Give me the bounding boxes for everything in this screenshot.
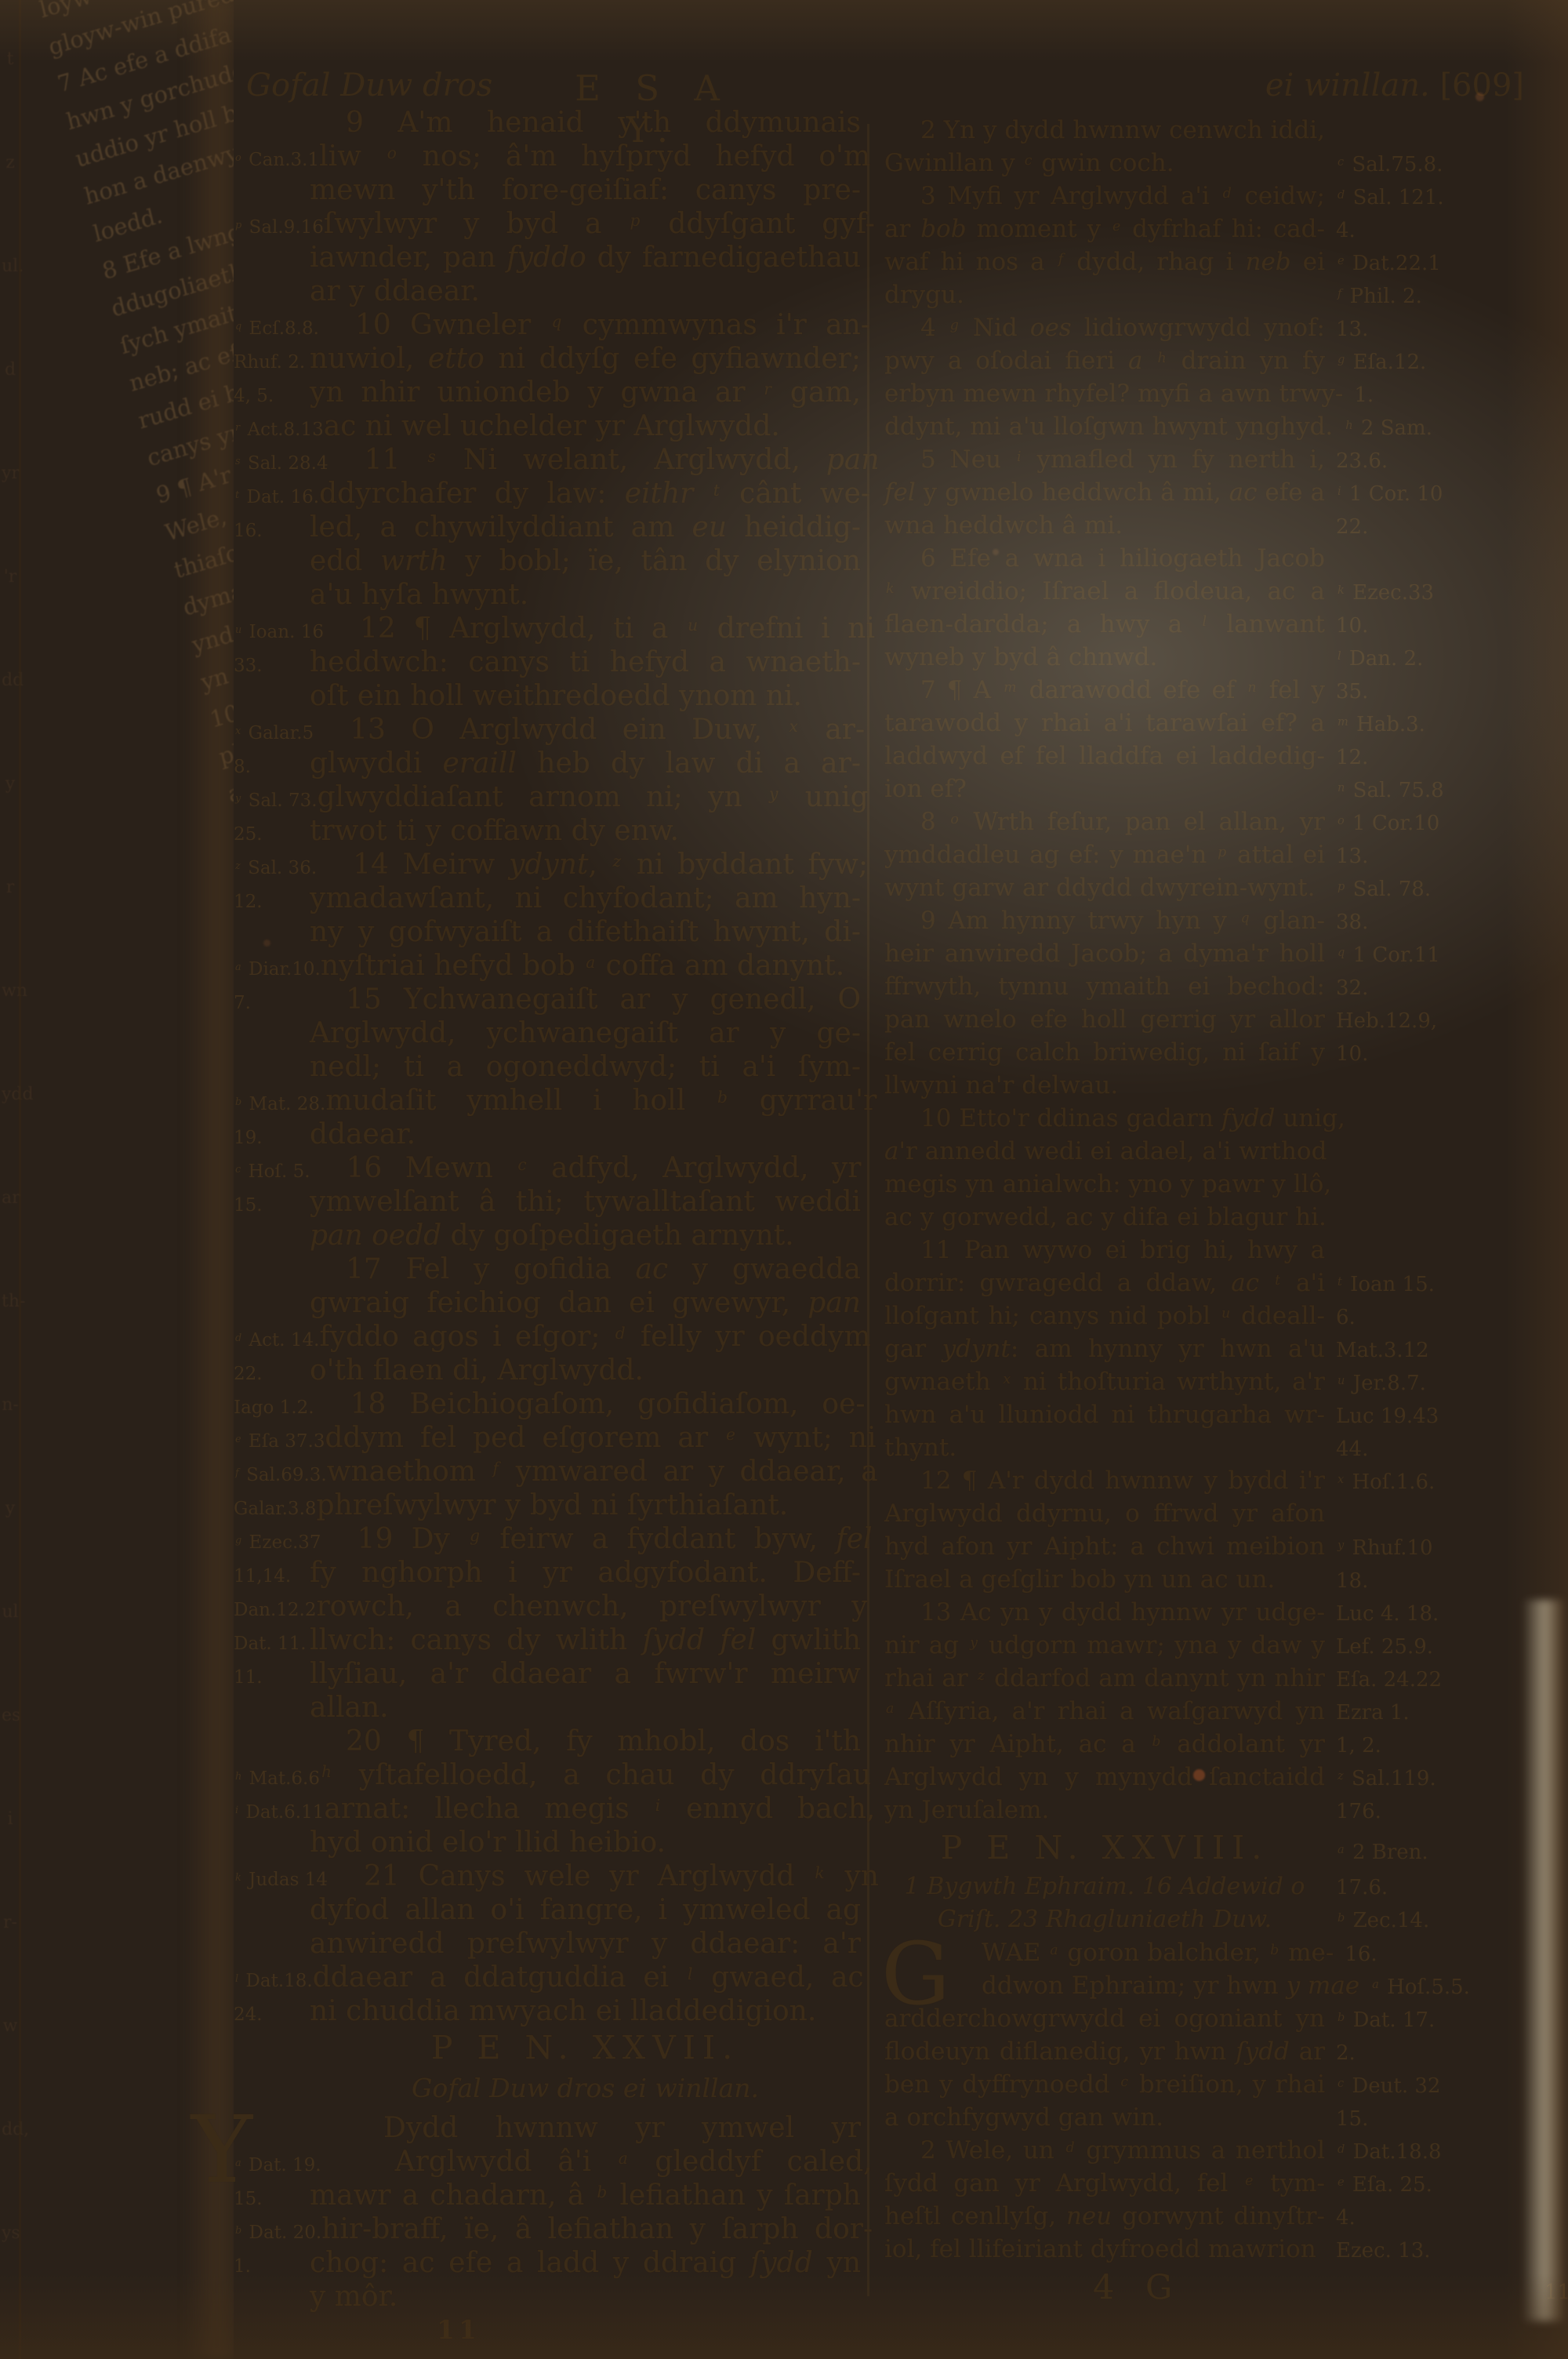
verse-text: laddwyd ef fel lladdfa ei laddedig- bbox=[884, 742, 1325, 770]
text-line: megis yn anialwch: yno y pawr y llô, bbox=[884, 1170, 1535, 1203]
verse-text: tarawodd y rhai a'i tarawſai ef? a bbox=[884, 709, 1325, 737]
text-line: anwiredd preſwylwyr y ddaear: a'r bbox=[234, 1928, 862, 1961]
text-line: 2 Yn y dydd hwnnw cenwch iddi, bbox=[884, 116, 1535, 149]
verse-text: Gofal Duw dros ei winllan. bbox=[310, 2073, 861, 2103]
text-line: Rhuf. 2.nuwiol, etto ni ddyſg efe gyfiaw… bbox=[234, 343, 862, 376]
text-line: q 1 Cor.11heir anwiredd Jacob; a dyma'r … bbox=[884, 940, 1535, 972]
margin-reference: r Act.8.13 bbox=[234, 420, 324, 440]
verse-text: Arglwydd ddyrnu, o ffrwd yr afon bbox=[884, 1499, 1325, 1528]
verse-text: dorrir: gwragedd a ddaw, ac t a'i bbox=[884, 1269, 1325, 1297]
margin-reference: 1. bbox=[234, 2256, 310, 2277]
verse-text: llwch: canys dy wlith ſydd fel gwlith bbox=[310, 1624, 861, 1656]
text-line: dyfod allan o'i fangre, i ymweled ag bbox=[234, 1894, 862, 1928]
edge-fragment: n- bbox=[2, 1354, 19, 1457]
verse-text: fyddo agos i eſgor; d felly yr oeddym bbox=[320, 1321, 871, 1353]
text-line: z Sal.119.Arglwydd yn y mynydd ſanctaidd bbox=[884, 1763, 1535, 1796]
margin-reference: d Act. 14. bbox=[234, 1330, 320, 1350]
verse-text: gar ydynt: am hynny yr hwn a'u bbox=[884, 1335, 1325, 1363]
verse-text: 9 Am hynny trwy hyn y q glan- bbox=[884, 907, 1325, 935]
text-line: pan oedd dy goſpedigaeth arnynt. bbox=[234, 1219, 862, 1253]
text-line: b Dat. 17.ardderchowgrwydd ei ogoniant y… bbox=[884, 2005, 1535, 2037]
verse-text: wnaethom f ymwared ar y ddaear, a bbox=[327, 1456, 878, 1488]
verse-text: 13 Ac yn y dydd hynnw yr udge- bbox=[884, 1598, 1325, 1627]
verse-text: 1 Bygwth Ephraim. 16 Addewid o bbox=[884, 1873, 1325, 1900]
verse-text: fel cerrig calch briwedig, ni ſaif y bbox=[884, 1038, 1325, 1067]
margin-reference: k Ezec.33 bbox=[1325, 581, 1535, 605]
margin-reference: 32. bbox=[1325, 976, 1535, 1000]
margin-reference: Dat. 11. bbox=[234, 1634, 310, 1654]
verse-text: 5 Neu i ymafled yn fy nerth i, bbox=[884, 445, 1325, 474]
text-line: a Diar.10.nyſtriai hefyd bob a coffa am … bbox=[234, 950, 862, 983]
verse-text: ar y ddaear. bbox=[310, 275, 861, 307]
text-line: 13.4 g Nid oes lidiowgrwydd ynof: bbox=[884, 314, 1535, 347]
verse-text: glwyddiaſant arnom ni; yn y unig bbox=[318, 781, 869, 813]
verse-text: Gwinllan y c gwin coch. bbox=[884, 149, 1325, 177]
margin-reference: p Sal.9.16 bbox=[234, 217, 324, 238]
margin-reference: 13. bbox=[1325, 845, 1535, 868]
margin-reference: 35. bbox=[1325, 680, 1535, 703]
verse-text: edd wrth y bobl; ïe, tân dy elynion bbox=[310, 545, 861, 577]
text-line: h 2 Sam.ddynt, mi a'u lloſgwn hwynt yngh… bbox=[884, 413, 1535, 445]
margin-reference: s Sal. 28.4 bbox=[234, 453, 328, 474]
text-line: d Sal. 121.3 Myfi yr Arglwydd a'i d ceid… bbox=[884, 182, 1535, 215]
margin-reference: 12. bbox=[234, 892, 310, 912]
margin-reference: Mat.3.12 bbox=[1325, 1339, 1535, 1362]
verse-text: erbyn mewn rhyfel? myfi a awn trwy- bbox=[884, 380, 1343, 408]
verse-text: drygu. bbox=[884, 281, 1325, 309]
verse-text: 4 G bbox=[884, 2268, 1534, 2307]
text-line: 10 Etto'r ddinas gadarn fydd unig, bbox=[884, 1104, 1535, 1137]
text-line: k Ezec.33k wreiddio; Iſrael a flodeua, a… bbox=[884, 577, 1535, 610]
text-line: llwyni na'r delwau. bbox=[884, 1071, 1535, 1104]
verse-text: a Aſſyria, a'r rhai a waſgarwyd yn bbox=[884, 1697, 1325, 1725]
text-line: Lef. 25.9.nir ag y udgorn mawr; yna y da… bbox=[884, 1631, 1535, 1664]
verse-text: chog: ac efe a ladd y ddraig ſydd yn bbox=[310, 2247, 861, 2279]
edge-fragment: ul. bbox=[2, 215, 19, 318]
text-line: o 1 Cor.108 o Wrth feſur, pan el allan, … bbox=[884, 808, 1535, 841]
margin-reference: o 1 Cor.10 bbox=[1325, 812, 1535, 835]
verse-text: mawr a chadarn, â b lefiathan y ſarph bbox=[310, 2179, 861, 2212]
margin-reference: 1, 2. bbox=[1325, 1734, 1535, 1757]
margin-reference: Ezra 1. bbox=[1325, 1701, 1535, 1725]
text-line: k Judas 1421 Canys wele yr Arglwydd k yn bbox=[234, 1860, 862, 1894]
verse-text: 12 ¶ Arglwydd, ti a u drefni i ni bbox=[324, 612, 875, 645]
verse-text: 11 Pan wywo ei brig hi, hwy a bbox=[884, 1236, 1325, 1264]
text-line: nedl; ti a ogoneddwyd; ti a'i ſym- bbox=[234, 1051, 862, 1085]
verse-text: ſwylwyr y byd a p ddyſgant gyf- bbox=[324, 208, 875, 240]
edge-fragment: dd, bbox=[2, 2078, 19, 2182]
margin-reference: Luc 4. 18. bbox=[1325, 1602, 1535, 1626]
margin-reference: Ezec. 13. bbox=[1325, 2239, 1535, 2263]
edge-fragment: i bbox=[2, 1768, 19, 1871]
margin-reference: x Hoſ.1.6. bbox=[1325, 1470, 1535, 1494]
edge-fragment: dd bbox=[2, 629, 19, 732]
text-line: Ezra 1.a Aſſyria, a'r rhai a waſgarwyd y… bbox=[884, 1697, 1535, 1730]
verse-text: iol, fel llifeiriant dyfroedd mawrion bbox=[884, 2235, 1325, 2263]
text-line: b Zec.14.Griſt. 23 Rhagluniaeth Duw. bbox=[884, 1906, 1535, 1939]
verse-text: Arglwydd â'i a gleddyf caled, bbox=[321, 2146, 873, 2178]
margin-reference: 10. bbox=[1325, 614, 1535, 638]
margin-reference: 11. bbox=[1534, 2281, 1568, 2304]
edge-fragment: y bbox=[2, 1457, 19, 1561]
verse-text: mudaſit ymhell i holl b gyrrau'r bbox=[325, 1085, 877, 1117]
text-line: 4.heſtl cenllyſg, neu gorwynt dinyſtr- bbox=[884, 2202, 1535, 2235]
text-line: 16.WAE a goron balchder, b me-G bbox=[884, 1939, 1535, 1972]
text-line: Iago 1.2.18 Beichiogaſom, gofidiaſom, oe… bbox=[234, 1388, 862, 1422]
verse-text: heddwch: canys ti hefyd a wnaeth- bbox=[310, 646, 861, 678]
margin-reference: k Judas 14 bbox=[234, 1870, 328, 1890]
text-column-left: 9 A'm henaid y'th ddymunaiso Can.3.1liw … bbox=[234, 107, 862, 2355]
margin-reference: n Sal. 75.8 bbox=[1325, 779, 1535, 802]
text-line: 22.wna heddwch â mi. bbox=[884, 511, 1535, 544]
text-line: allan. bbox=[234, 1692, 862, 1725]
margin-reference: 11,14. bbox=[234, 1566, 310, 1587]
margin-reference: 10. bbox=[1325, 1042, 1535, 1066]
text-line: 33.heddwch: canys ti hefyd a wnaeth- bbox=[234, 646, 862, 680]
text-line: i Dat.6.11arnat: llecha megis i ennyd ba… bbox=[234, 1793, 862, 1826]
text-line: 1.erbyn mewn rhyfel? myfi a awn trwy- bbox=[884, 380, 1535, 413]
text-line: m Hab.3.tarawodd y rhai a'i tarawſai ef?… bbox=[884, 709, 1535, 742]
verse-text: pan oedd dy goſpedigaeth arnynt. bbox=[310, 1219, 861, 1252]
drop-cap: G bbox=[881, 1939, 950, 2009]
margin-reference: 13. bbox=[1325, 318, 1535, 341]
verse-text: 13 O Arglwydd ein Duw, x ar- bbox=[314, 714, 865, 746]
text-line: l Dan. 2.wyneb y byd â chnwd. bbox=[884, 643, 1535, 676]
text-line: 12.ymadawſant, ni chyfodant; am hyn- bbox=[234, 882, 862, 916]
verse-text: ſydd gan yr Arglwydd, fel e tym- bbox=[884, 2169, 1325, 2197]
text-line: y Sal. 73.glwyddiaſant arnom ni; yn y un… bbox=[234, 781, 862, 815]
margin-reference: e Eſa. 25. bbox=[1325, 2173, 1535, 2197]
verse-text: ion ef? bbox=[884, 775, 1325, 803]
verse-text: 11 bbox=[310, 2314, 988, 2345]
margin-reference: 25. bbox=[234, 824, 310, 845]
text-line: ar y ddaear. bbox=[234, 275, 862, 309]
text-line: gwraig feichiog dan ei gwewyr, pan bbox=[234, 1287, 862, 1321]
text-line: 11.4 G bbox=[884, 2268, 1535, 2314]
margin-reference: 6. bbox=[1325, 1306, 1535, 1329]
margin-reference: 44. bbox=[1325, 1438, 1535, 1461]
verse-text: arnat: llecha megis i ennyd bach, bbox=[324, 1793, 875, 1825]
verse-text: Arglwydd yn y mynydd ſanctaidd bbox=[884, 1763, 1325, 1791]
text-line: c Deut. 32ben y dyffrynoedd c breiſion, … bbox=[884, 2070, 1535, 2103]
margin-reference: 19. bbox=[234, 1128, 310, 1148]
text-line: hyd onid elo'r llid heibio. bbox=[234, 1826, 862, 1860]
text-line: Eſa. 24.22rhai ar z ddarfod am danynt yn… bbox=[884, 1664, 1535, 1697]
text-column-right: 2 Yn y dydd hwnnw cenwch iddi,c Sal.75.8… bbox=[884, 116, 1535, 2314]
verse-text: 18 Beichiogaſom, gofidiaſom, oe- bbox=[314, 1388, 866, 1420]
margin-reference: a 2 Bren. bbox=[1325, 1841, 1535, 1864]
text-line: d Dat.18.82 Wele, un d grymmus a nerthol bbox=[884, 2136, 1535, 2169]
text-line: 8.glwyddi eraill heb dy law di a ar- bbox=[234, 747, 862, 781]
text-line: i 1 Cor. 10fel y gwnelo heddwch â mi, ac… bbox=[884, 478, 1535, 511]
text-line: t Dat. 16.ddyrchafer dy law: eithr t cân… bbox=[234, 478, 862, 511]
verse-text: llyſiau, a'r ddaear a fwrw'r meirw bbox=[310, 1658, 861, 1690]
margin-reference: l Dat.18. bbox=[234, 1971, 313, 1991]
verse-text: anwiredd preſwylwyr y ddaear: a'r bbox=[310, 1928, 861, 1960]
verse-text: yn Jeruſalem. bbox=[884, 1796, 1325, 1824]
margin-reference: 4. bbox=[1325, 219, 1535, 242]
verse-text: h yſtafelloedd, a chau dy ddryſau bbox=[320, 1759, 871, 1791]
text-line: u Ioan. 1612 ¶ Arglwydd, ti a u drefni i… bbox=[234, 612, 862, 646]
edge-fragment: yr bbox=[2, 422, 19, 525]
text-line: 15.a orchfygwyd gan win. bbox=[884, 2103, 1535, 2136]
verse-text: a'u hyſa hwynt. bbox=[310, 579, 861, 611]
text-line: 176.yn Jeruſalem. bbox=[884, 1796, 1535, 1829]
verse-text: oſt ein holl weithredoedd ynom ni. bbox=[310, 680, 861, 712]
text-line: Mat.3.12gar ydynt: am hynny yr hwn a'u bbox=[884, 1335, 1535, 1368]
verse-text: ac ni wel uchelder yr Arglwydd. bbox=[324, 410, 875, 442]
text-line: Galar.3.8phreſwylwyr y byd ni ſyrthiaſan… bbox=[234, 1489, 862, 1523]
verse-text: fel y gwnelo heddwch â mi, ac efe a bbox=[884, 478, 1325, 507]
margin-reference: 2. bbox=[1325, 2041, 1535, 2065]
text-line: f Sal.69.3.wnaethom f ymwared ar y ddaea… bbox=[234, 1456, 862, 1489]
edge-fragment: ar bbox=[2, 1147, 19, 1250]
verse-text: 12 ¶ A'r dydd hwnnw y bydd i'r bbox=[884, 1467, 1325, 1495]
verse-text: 6 Efe a wna i hiliogaeth Jacob bbox=[884, 544, 1325, 572]
margin-reference: e Dat.22.1 bbox=[1325, 252, 1535, 275]
verse-text: wna heddwch â mi. bbox=[884, 511, 1325, 540]
margin-reference: 17.6. bbox=[1325, 1876, 1535, 1899]
verse-text: ardderchowgrwydd ei ogoniant yn bbox=[884, 2005, 1325, 2033]
margin-reference: p Sal. 78. bbox=[1325, 878, 1535, 901]
text-line: l Dat.18.ddaear a ddatguddia ei l gwaed,… bbox=[234, 1961, 862, 1995]
verse-text: ddwon Ephraim; yr hwn y mae bbox=[884, 1972, 1359, 2000]
text-line: iawnder, pan fyddo dy farnedigaethau bbox=[234, 242, 862, 275]
edge-fragment: ydd bbox=[2, 1043, 19, 1147]
text-line: Ezec. 13.iol, fel llifeiriant dyfroedd m… bbox=[884, 2235, 1535, 2268]
verse-text: llwyni na'r delwau. bbox=[884, 1071, 1325, 1100]
text-line: a'r annedd wedi ei adael, a'i wrthod bbox=[884, 1137, 1535, 1170]
margin-reference: Lef. 25.9. bbox=[1325, 1635, 1535, 1659]
verse-text: mewn y'th fore-geiſiaf: canys pre- bbox=[310, 174, 861, 206]
margin-reference: 18. bbox=[1325, 1569, 1535, 1593]
running-title-right-text: ei winllan. bbox=[1265, 67, 1430, 104]
margin-reference: f Sal.69.3. bbox=[234, 1465, 327, 1485]
margin-reference: 176. bbox=[1325, 1800, 1535, 1823]
text-line: 10.fel cerrig calch briwedig, ni ſaif y bbox=[884, 1038, 1535, 1071]
text-line: c Sal.75.8.Gwinllan y c gwin coch. bbox=[884, 149, 1535, 182]
text-line: 17.6.1 Bygwth Ephraim. 16 Addewid o bbox=[884, 1873, 1535, 1906]
margin-reference: h 2 Sam. bbox=[1333, 416, 1535, 440]
text-line: n Sal. 75.8ion ef? bbox=[884, 775, 1535, 808]
margin-reference: 8. bbox=[234, 757, 310, 777]
verse-text: 20 ¶ Tyred, fy mhobl, dos i'th bbox=[310, 1725, 861, 1757]
verse-text: 10 Etto'r ddinas gadarn fydd unig, bbox=[884, 1104, 1345, 1132]
verse-text: rowch, a chenwch, preſwylwyr y bbox=[317, 1590, 868, 1623]
verse-text: ymwelſant â thi; tywalltaſant weddi bbox=[310, 1186, 861, 1218]
margin-reference: i 1 Cor. 10 bbox=[1325, 482, 1535, 506]
text-line: z Sal. 36.14 Meirw ydynt, z ni byddant f… bbox=[234, 849, 862, 882]
verse-text: pan wnelo efe holl gerrig yr allor bbox=[884, 1005, 1325, 1034]
verse-text: nir ag y udgorn mawr; yna y daw y bbox=[884, 1631, 1325, 1659]
text-line: Luc 4. 18.13 Ac yn y dydd hynnw yr udge- bbox=[884, 1598, 1535, 1631]
verse-text: 10 Gwneler q cymmwynas i'r an- bbox=[319, 309, 870, 341]
margin-reference: 15. bbox=[234, 1195, 310, 1216]
text-line: o Can.3.1liw o nos; â'm hyſpryd hefyd o'… bbox=[234, 140, 862, 174]
verse-text: P E N. XXVIII. bbox=[884, 1829, 1325, 1866]
text-line: 19.ddaear. bbox=[234, 1118, 862, 1152]
text-line: y môr. bbox=[234, 2281, 862, 2314]
edge-fragment: ys bbox=[2, 2182, 19, 2285]
verse-text: glwyddi eraill heb dy law di a ar- bbox=[310, 747, 861, 780]
text-line: 4.ar bob moment y e dyfrhaf hi: cad- bbox=[884, 215, 1535, 248]
margin-reference: b Dat. 17. bbox=[1325, 2008, 1535, 2032]
verse-text: WAE a goron balchder, b me-G bbox=[884, 1939, 1334, 1967]
verse-text: rhai ar z ddarfod am danynt yn nhir bbox=[884, 1664, 1325, 1692]
margin-reference: x Galar.5 bbox=[234, 723, 314, 743]
verse-text: 21 Canys wele yr Arglwydd k yn bbox=[328, 1860, 879, 1892]
margin-reference: Rhuf. 2. bbox=[234, 352, 310, 373]
verse-text: 4 g Nid oes lidiowgrwydd ynof: bbox=[884, 314, 1325, 342]
text-line: edd wrth y bobl; ïe, tân dy elynion bbox=[234, 545, 862, 579]
previous-page-edge-fragments: tzul.dyr'rddyrwnyddarth-n-yulesir-wdd,ys bbox=[2, 8, 19, 2285]
verse-text: ar bob moment y e dyfrhaf hi: cad- bbox=[884, 215, 1325, 243]
margin-reference: Galar.3.8 bbox=[234, 1499, 317, 1519]
verse-text: 2 Yn y dydd hwnnw cenwch iddi, bbox=[884, 116, 1325, 144]
verse-text: 9 A'm henaid y'th ddymunais bbox=[310, 107, 861, 139]
text-line: 7.15 Ychwanegaiſt ar y genedl, O bbox=[234, 983, 862, 1017]
text-line: Arglwydd, ychwanegaiſt ar y ge- bbox=[234, 1017, 862, 1051]
text-line: 11 Pan wywo ei brig hi, hwy a bbox=[884, 1236, 1535, 1269]
margin-reference: c Hoſ. 5. bbox=[234, 1161, 310, 1182]
verse-text: ddaear. bbox=[310, 1118, 861, 1150]
verse-text: nhir yr Aipht, ac a b addolant yr bbox=[884, 1730, 1325, 1758]
margin-reference: 16. bbox=[234, 521, 310, 541]
verse-text: dyfod allan o'i fangre, i ymweled ag bbox=[310, 1894, 861, 1926]
text-line: Heb.12.9,pan wnelo efe holl gerrig yr al… bbox=[884, 1005, 1535, 1038]
verse-text: ddym fel ped eſgorem ar e wynt; ni bbox=[325, 1422, 876, 1454]
verse-text: y môr. bbox=[310, 2281, 861, 2313]
margin-reference: 7. bbox=[234, 993, 310, 1013]
text-line: t Ioan 15.dorrir: gwragedd a ddaw, ac t … bbox=[884, 1269, 1535, 1302]
gutter-shadow bbox=[183, 0, 234, 2359]
margin-reference: d Sal. 121. bbox=[1325, 186, 1535, 209]
text-line: d Act. 14.fyddo agos i eſgor; d felly yr… bbox=[234, 1321, 862, 1354]
text-line: g Eſa.12.pwy a oſodai fieri a h drain yn… bbox=[884, 347, 1535, 380]
margin-reference: 23.6. bbox=[1325, 449, 1535, 473]
margin-reference: y Rhuf.10 bbox=[1325, 1536, 1535, 1560]
text-line: ny y gofwyaiſt a difethaiſt hwynt, di- bbox=[234, 916, 862, 950]
edge-fragment: r bbox=[2, 836, 19, 940]
text-line: Dydd hwnnw yr ymwel yrY bbox=[234, 2112, 862, 2146]
margin-reference: 22. bbox=[234, 1364, 310, 1384]
text-line: e Eſa 37.3ddym fel ped eſgorem ar e wynt… bbox=[234, 1422, 862, 1456]
gutter-curved-page-edge: tzul.dyr'rddyrwnyddarth-n-yulesir-wdd,ys… bbox=[0, 0, 234, 2359]
verse-text: wyneb y byd â chnwd. bbox=[884, 643, 1325, 671]
verse-text: phreſwylwyr y byd ni ſyrthiaſant. bbox=[317, 1489, 868, 1521]
margin-reference: c Sal.75.8. bbox=[1325, 153, 1535, 176]
text-line: 11.llyſiau, a'r ddaear a fwrw'r meirw bbox=[234, 1658, 862, 1692]
margin-reference: 22. bbox=[1325, 515, 1535, 539]
margin-reference: 4, 5. bbox=[234, 386, 310, 406]
text-line: p Sal. 78.wynt garw ar ddydd dwyrein-wyn… bbox=[884, 874, 1535, 907]
book-page: tzul.dyr'rddyrwnyddarth-n-yulesir-wdd,ys… bbox=[0, 0, 1568, 2359]
text-line: a 2 Bren.P E N. XXVIII. bbox=[884, 1829, 1535, 1873]
text-line: 17 Fel y gofidia ac y gwaedda bbox=[234, 1253, 862, 1287]
verse-text: 8 o Wrth feſur, pan el allan, yr bbox=[884, 808, 1325, 836]
verse-text: waf hi nos a f dydd, rhag i neb ei bbox=[884, 248, 1325, 276]
text-line: g Ezec.3719 Dy g feirw a fyddant byw, fe… bbox=[234, 1523, 862, 1557]
edge-fragment: ul bbox=[2, 1561, 19, 1664]
text-line: 20 ¶ Tyred, fy mhobl, dos i'th bbox=[234, 1725, 862, 1759]
text-line: r Act.8.13ac ni wel uchelder yr Arglwydd… bbox=[234, 410, 862, 444]
verse-text: nedl; ti a ogoneddwyd; ti a'i ſym- bbox=[310, 1051, 861, 1083]
margin-reference: c Deut. 32 bbox=[1325, 2074, 1535, 2098]
margin-reference: q Ecſ.8.8. bbox=[234, 318, 319, 339]
text-line: 15.ymwelſant â thi; tywalltaſant weddi bbox=[234, 1186, 862, 1219]
text-line: Gofal Duw dros ei winllan. bbox=[234, 2073, 862, 2112]
margin-reference: u Jer.8.7. bbox=[1325, 1372, 1535, 1395]
margin-reference: z Sal.119. bbox=[1325, 1767, 1535, 1790]
edge-fragment: w bbox=[2, 1975, 19, 2078]
verse-text: liw o nos; â'm hyſpryd hefyd o'm bbox=[319, 140, 870, 173]
verse-text: ymadawſant, ni chyfodant; am hyn- bbox=[310, 882, 861, 914]
margin-reference: y Sal. 73. bbox=[234, 791, 318, 811]
text-line: 13.ymddadleu ag ef: y mae'n p attal ei bbox=[884, 841, 1535, 874]
text-line: 24.ni chuddia mwyach ei lladdedigion. bbox=[234, 1995, 862, 2029]
verse-text: heſtl cenllyſg, neu gorwynt dinyſtr- bbox=[884, 2202, 1325, 2230]
text-line: e Eſa. 25.ſydd gan yr Arglwydd, fel e ty… bbox=[884, 2169, 1535, 2202]
text-line: 18.Iſrael a geſglir bob yn un ac un. bbox=[884, 1565, 1535, 1598]
margin-reference: t Dat. 16. bbox=[234, 487, 319, 507]
text-line: 22.o'th flaen di, Arglwydd. bbox=[234, 1354, 862, 1388]
verse-text: ben y dyffrynoedd c breiſion, y rhai bbox=[884, 2070, 1325, 2099]
verse-text: 11 s Ni welant, Arglwydd, pan bbox=[328, 444, 880, 476]
margin-reference: q 1 Cor.11 bbox=[1325, 943, 1535, 967]
verse-text: 16 Mewn c adfyd, Arglwydd, yr bbox=[310, 1152, 862, 1184]
margin-reference: 15. bbox=[1325, 2107, 1535, 2131]
text-line: 16.led, a chywilyddiant am eu heiddig- bbox=[234, 511, 862, 545]
margin-reference: Heb.12.9, bbox=[1325, 1009, 1535, 1033]
edge-fragment: r- bbox=[2, 1871, 19, 1975]
margin-reference: 12. bbox=[1325, 746, 1535, 769]
verse-text: gwraig feichiog dan ei gwewyr, pan bbox=[310, 1287, 861, 1319]
verse-text: 2 Wele, un d grymmus a nerthol bbox=[884, 2136, 1325, 2165]
margin-reference: u Ioan. 16 bbox=[234, 622, 324, 642]
text-line: Dat. 11.llwch: canys dy wlith ſydd fel g… bbox=[234, 1624, 862, 1658]
text-line: a'u hyſa hwynt. bbox=[234, 579, 862, 612]
margin-reference: 1. bbox=[1343, 383, 1535, 407]
margin-reference: g Eſa.12. bbox=[1325, 351, 1535, 374]
edge-fragment: es bbox=[2, 1664, 19, 1768]
edge-fragment: th- bbox=[2, 1250, 19, 1354]
verse-text: ac y gorwedd, ac y difa ei blagur hi. bbox=[884, 1203, 1327, 1231]
text-line: oſt ein holl weithredoedd ynom ni. bbox=[234, 680, 862, 714]
margin-reference: 33. bbox=[234, 656, 310, 676]
text-line: 32.ffrwyth, tynnu ymaith ei bechod: bbox=[884, 972, 1535, 1005]
text-line: Arglwydd ddyrnu, o ffrwd yr afon bbox=[884, 1499, 1535, 1532]
margin-reference: a Hoſ.5.5. bbox=[1359, 1976, 1535, 1999]
text-line: q Ecſ.8.8.10 Gwneler q cymmwynas i'r an- bbox=[234, 309, 862, 343]
text-line: 1, 2.nhir yr Aipht, ac a b addolant yr bbox=[884, 1730, 1535, 1763]
verse-text: allan. bbox=[310, 1692, 861, 1724]
text-line: ac y gorwedd, ac y difa ei blagur hi. bbox=[884, 1203, 1535, 1236]
text-line: 23.6.5 Neu i ymafled yn fy nerth i, bbox=[884, 445, 1535, 478]
text-line: e Dat.22.1waf hi nos a f dydd, rhag i ne… bbox=[884, 248, 1535, 281]
margin-reference: 24. bbox=[234, 2005, 310, 2025]
verse-text: nuwiol, etto ni ddyſg efe gyfiawnder; bbox=[310, 343, 861, 375]
verse-text: 17 Fel y gofidia ac y gwaedda bbox=[310, 1253, 861, 1285]
verse-text: 7 ¶ A m darawodd efe ef n fel y bbox=[884, 676, 1325, 704]
verse-text: 14 Meirw ydynt, z ni byddant fyw; bbox=[317, 849, 868, 881]
verse-text: trwot ti y coffawn dy enw. bbox=[310, 815, 861, 847]
verse-text: thynt. bbox=[884, 1434, 1325, 1462]
verse-text: hir-braff, ïe, â lefiathan y ſarph dor- bbox=[321, 2213, 873, 2245]
running-title-left: Gofal Duw dros bbox=[246, 67, 492, 104]
text-line: u Jer.8.7.gwnaeth x ni thoſturia wrthynt… bbox=[884, 1368, 1535, 1401]
verse-text: a orchfygwyd gan win. bbox=[884, 2103, 1325, 2132]
verse-text: flodeuyn diflanedig, yr hwn ſydd ar bbox=[884, 2037, 1325, 2066]
